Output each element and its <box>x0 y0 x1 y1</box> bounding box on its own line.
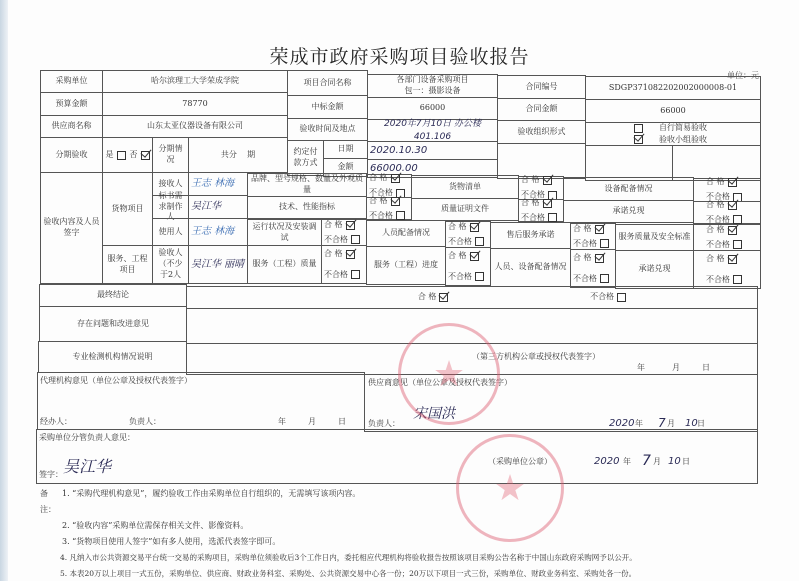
contract-amount-label: 合同金额 <box>497 98 586 121</box>
acceptance-section-label: 验收内容及人员签字 <box>40 172 103 284</box>
item-staffing: 人员配备情况 <box>366 220 446 247</box>
page-title: 荣成市政府采购项目验收报告 <box>0 42 799 69</box>
checkbox-installment-yes[interactable] <box>117 151 126 160</box>
supplier-seal: ★ <box>398 323 500 425</box>
checkbox-pass[interactable] <box>595 254 604 263</box>
checkbox-group-acceptance[interactable] <box>634 135 643 144</box>
final-conclusion-label: 最终结论 <box>39 284 187 307</box>
service-label: 服务、工程项目 <box>102 245 153 284</box>
checkbox-pass[interactable] <box>595 225 604 234</box>
item-after-sales-result: 合 格 不合格 <box>570 223 616 250</box>
payment-date-value: 2020.10.30 <box>367 141 498 160</box>
item-operation-result: 合 格 不合格 <box>321 219 367 246</box>
goods-label: 货物项目 <box>102 172 153 246</box>
spec-writer-label: 标书需求制作人 <box>152 195 189 219</box>
payment-method-label: 约定付款方式 <box>287 140 324 176</box>
org-form-option-self[interactable]: 自行简易验收 <box>634 123 707 134</box>
spec-writer-signature: 吴江华 <box>188 195 248 219</box>
contract-no-label: 合同编号 <box>497 75 586 99</box>
item-brand-spec-result: 合 格 不合格 <box>366 174 412 198</box>
project-name-label: 项目合同名称 <box>287 70 368 96</box>
checkbox-fail[interactable] <box>475 237 484 246</box>
checkbox-pass[interactable] <box>470 223 479 232</box>
item-staff-equipment-result: 合 格 不合格 <box>570 249 616 288</box>
installment-yes-no: 是 否 <box>102 137 153 173</box>
issues-label: 存在问题和改进意见 <box>39 306 187 342</box>
time-place-label: 验收时间及地点 <box>287 118 368 141</box>
budget-value: 78770 <box>102 92 288 116</box>
budget-label: 预算金额 <box>40 92 103 116</box>
final-pass[interactable]: 合 格 <box>418 292 449 303</box>
checkbox-pass[interactable] <box>391 197 400 206</box>
item-service-quality-eng: 服务（工程）质量 <box>247 245 322 284</box>
bid-amount-label: 中标金额 <box>287 95 368 119</box>
user-label: 使用人 <box>152 218 189 246</box>
item-commitment-result: 合 格 不合格 <box>693 201 761 224</box>
item-after-sales: 售后服务承诺 <box>490 222 571 249</box>
checkbox-fail[interactable] <box>351 235 360 244</box>
item-commitment-service: 承诺兑现 <box>615 250 694 289</box>
notes: 备注：1. “采购代理机构意见”，履约验收工作由采购单位自行组织的，无需填写该项… <box>40 486 637 581</box>
final-conclusion-value: 合 格 不合格 <box>186 286 758 309</box>
blank-cell <box>497 143 586 179</box>
checkbox-fail[interactable] <box>733 240 742 249</box>
time-place-value: 2020年7月10日 办公楼401.106 <box>367 119 498 142</box>
item-operation: 运行状况及安装调试 <box>247 219 322 246</box>
checkbox-pass[interactable] <box>728 178 737 187</box>
user-signature: 王志 林海 <box>188 218 248 246</box>
org-form-label: 验收组织形式 <box>497 120 586 144</box>
installment-situation-value: 共分 期 <box>188 137 288 173</box>
payment-date-label: 日期 <box>323 140 368 159</box>
item-quality-cert: 质量证明文件 <box>411 198 519 221</box>
checkbox-pass[interactable] <box>346 250 355 259</box>
project-name-value: 各部门设备采购项目 包一：摄影设备 <box>367 74 498 98</box>
installment-situation-label: 分期情况 <box>152 137 189 173</box>
item-tech-result: 合 格 不合格 <box>366 197 412 220</box>
checkbox-fail[interactable] <box>600 239 609 248</box>
receiver-signature: 王志 林海 <box>188 172 248 196</box>
contract-amount-value: 66000 <box>585 99 761 123</box>
item-staff-equipment: 人员、设备配备情况 <box>490 248 571 287</box>
checkbox-fail[interactable] <box>475 272 484 281</box>
item-staffing-result: 合 格 不合格 <box>445 221 491 248</box>
checkbox-pass[interactable] <box>728 255 737 264</box>
item-commitment-service-result: 合 格 不合格 <box>693 250 761 289</box>
inspection-label: 专业检测机构情况说明 <box>38 341 187 373</box>
checkbox-final-fail[interactable] <box>617 293 626 302</box>
supplier-value: 山东太亚仪器设备有限公司 <box>102 115 288 138</box>
checkbox-pass[interactable] <box>543 176 552 185</box>
item-commitment: 承诺兑现 <box>563 200 694 223</box>
scanner-edge <box>0 0 8 581</box>
item-service-quality: 服务质量及安全标准 <box>615 224 694 251</box>
leader-signature: 吴江华 <box>63 456 111 478</box>
item-equipment: 设备配备情况 <box>563 177 694 201</box>
item-brand-spec: 品牌、型号规格、数量及外观质量 <box>247 173 367 197</box>
checkbox-pass[interactable] <box>470 252 479 261</box>
item-service-progress-result: 合 格 不合格 <box>445 247 491 286</box>
checkbox-pass[interactable] <box>346 221 355 230</box>
item-service-quality-eng-result: 合 格 不合格 <box>321 245 367 284</box>
blank-cell <box>672 145 761 181</box>
checkbox-fail[interactable] <box>733 275 742 284</box>
checkbox-pass[interactable] <box>728 226 737 235</box>
checkbox-fail[interactable] <box>600 274 609 283</box>
org-form-option-group[interactable]: 验收小组验收 <box>634 135 707 146</box>
contract-no-value: SDGP371082202002000008-01 <box>585 76 761 100</box>
checkbox-pass[interactable] <box>728 201 737 210</box>
bid-amount-value: 66000 <box>367 97 498 120</box>
supplier-label: 供应商名称 <box>40 115 103 138</box>
final-fail[interactable]: 不合格 <box>590 292 626 303</box>
agent-opinion: 代理机构意见（单位公章及授权代表签字） 经办人： 负责人： 年 月 日 <box>37 372 365 430</box>
blank-cell <box>585 145 673 181</box>
checkbox-fail[interactable] <box>351 270 360 279</box>
installment-label: 分期验收 <box>40 137 103 173</box>
checkbox-pass[interactable] <box>543 199 552 208</box>
item-quality-cert-result: 合 格 不合格 <box>518 199 564 222</box>
checkbox-pass[interactable] <box>391 174 400 183</box>
item-service-progress: 服务（工程）进度 <box>366 246 446 285</box>
leader-opinion: 采购单位分管负责人意见： 签字： 吴江华 （采购单位公章） 2020 年 7 月… <box>36 429 758 484</box>
checkbox-final-pass[interactable] <box>439 293 448 302</box>
item-goods-list: 货物清单 <box>411 175 519 199</box>
purchaser-value: 哈尔滨理工大学荣成学院 <box>102 70 288 93</box>
checkbox-installment-no[interactable] <box>141 151 150 160</box>
inspector-label: 验收人（不少于2人 <box>152 245 189 284</box>
item-service-quality-result: 合 格 不合格 <box>693 224 761 251</box>
item-equipment-result: 合 格 不合格 <box>693 178 761 202</box>
inspector-signature: 吴江华 丽晴 <box>188 245 248 284</box>
item-goods-list-result: 合 格 不合格 <box>518 176 564 200</box>
org-form-options: 自行简易验收 验收小组验收 <box>585 122 761 146</box>
purchaser-label: 采购单位 <box>40 70 103 93</box>
item-tech: 技术、性能指标 <box>247 196 367 219</box>
